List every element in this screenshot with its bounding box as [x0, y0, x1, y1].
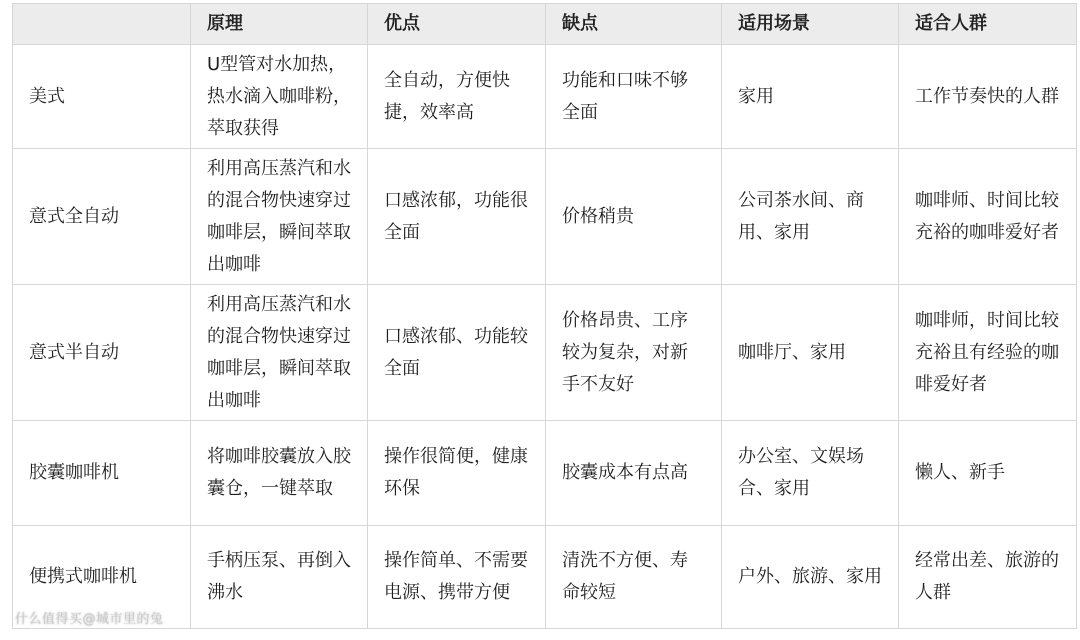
cell-audience: 经常出差、旅游的人群 — [899, 526, 1077, 629]
cell-pros: 操作简单、不需要电源、携带方便 — [368, 526, 546, 629]
header-pros: 优点 — [368, 4, 546, 45]
watermark: 什么值得买@城市里的兔 — [15, 608, 164, 627]
cell-scenarios: 咖啡厅、家用 — [722, 285, 899, 421]
cell-principle: 将咖啡胶囊放入胶囊仓，一键萃取 — [191, 421, 368, 526]
cell-cons: 清洗不方便、寿命较短 — [546, 526, 722, 629]
header-audience: 适合人群 — [899, 4, 1077, 45]
cell-pros: 口感浓郁、功能较全面 — [368, 285, 546, 421]
table-row: 美式 U型管对水加热，热水滴入咖啡粉，萃取获得 全自动，方便快捷，效率高 功能和… — [13, 45, 1077, 149]
cell-audience: 懒人、新手 — [899, 421, 1077, 526]
cell-cons: 价格稍贵 — [546, 149, 722, 285]
cell-audience: 咖啡师，时间比较充裕且有经验的咖啡爱好者 — [899, 285, 1077, 421]
cell-principle: 利用高压蒸汽和水的混合物快速穿过咖啡层，瞬间萃取出咖啡 — [191, 285, 368, 421]
cell-type: 意式半自动 — [13, 285, 191, 421]
cell-type: 胶囊咖啡机 — [13, 421, 191, 526]
cell-type: 美式 — [13, 45, 191, 149]
coffee-machine-comparison-table: 原理 优点 缺点 适用场景 适合人群 美式 U型管对水加热，热水滴入咖啡粉，萃取… — [12, 3, 1077, 629]
cell-cons: 功能和口味不够全面 — [546, 45, 722, 149]
cell-scenarios: 家用 — [722, 45, 899, 149]
cell-cons: 价格昂贵、工序较为复杂，对新手不友好 — [546, 285, 722, 421]
cell-audience: 咖啡师、时间比较充裕的咖啡爱好者 — [899, 149, 1077, 285]
table-row: 胶囊咖啡机 将咖啡胶囊放入胶囊仓，一键萃取 操作很简便，健康环保 胶囊成本有点高… — [13, 421, 1077, 526]
cell-scenarios: 户外、旅游、家用 — [722, 526, 899, 629]
cell-scenarios: 公司茶水间、商用、家用 — [722, 149, 899, 285]
cell-type: 意式全自动 — [13, 149, 191, 285]
table-header-row: 原理 优点 缺点 适用场景 适合人群 — [13, 4, 1077, 45]
cell-pros: 操作很简便，健康环保 — [368, 421, 546, 526]
header-cons: 缺点 — [546, 4, 722, 45]
table-row: 意式半自动 利用高压蒸汽和水的混合物快速穿过咖啡层，瞬间萃取出咖啡 口感浓郁、功… — [13, 285, 1077, 421]
header-principle: 原理 — [191, 4, 368, 45]
cell-principle: 手柄压泵、再倒入沸水 — [191, 526, 368, 629]
header-scenarios: 适用场景 — [722, 4, 899, 45]
cell-audience: 工作节奏快的人群 — [899, 45, 1077, 149]
cell-cons: 胶囊成本有点高 — [546, 421, 722, 526]
cell-pros: 全自动，方便快捷，效率高 — [368, 45, 546, 149]
cell-principle: 利用高压蒸汽和水的混合物快速穿过咖啡层，瞬间萃取出咖啡 — [191, 149, 368, 285]
cell-pros: 口感浓郁，功能很全面 — [368, 149, 546, 285]
cell-principle: U型管对水加热，热水滴入咖啡粉，萃取获得 — [191, 45, 368, 149]
table-row: 意式全自动 利用高压蒸汽和水的混合物快速穿过咖啡层，瞬间萃取出咖啡 口感浓郁，功… — [13, 149, 1077, 285]
header-type — [13, 4, 191, 45]
cell-scenarios: 办公室、文娱场合、家用 — [722, 421, 899, 526]
table-row: 便携式咖啡机 手柄压泵、再倒入沸水 操作简单、不需要电源、携带方便 清洗不方便、… — [13, 526, 1077, 629]
